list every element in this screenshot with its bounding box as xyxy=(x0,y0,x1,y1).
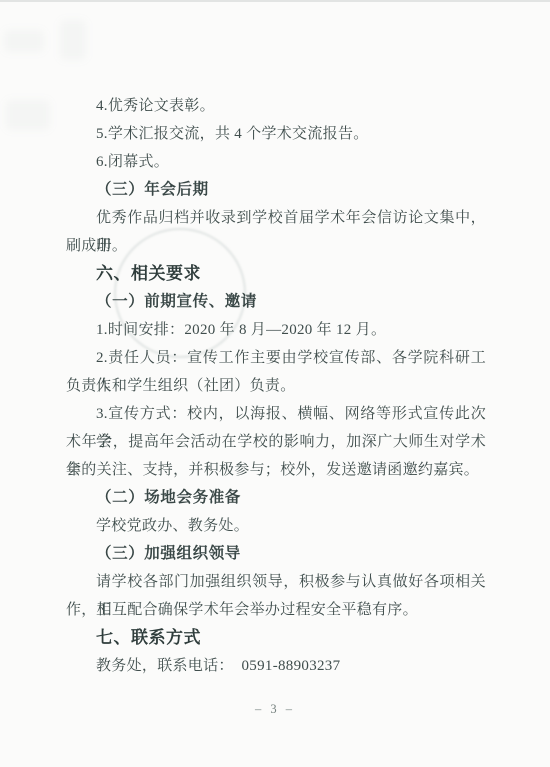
page-number: – 3 – xyxy=(0,702,550,717)
text-line: 5.学术汇报交流，共 4 个学术交流报告。 xyxy=(66,120,486,148)
text-line: 优秀作品归档并收录到学校首届学术年会信访论文集中，印 xyxy=(66,204,486,232)
subsection-heading: （一）前期宣传、邀请 xyxy=(66,288,486,316)
text-line: 会的关注、支持，并积极参与；校外，发送邀请函邀约嘉宾。 xyxy=(66,456,486,484)
text-line: 教务处，联系电话： 0591-88903237 xyxy=(66,652,486,680)
subsection-heading: （二）场地会务准备 xyxy=(66,484,486,512)
text-line: 3.宣传方式：校内，以海报、横幅、网络等形式宣传此次学 xyxy=(66,400,486,428)
text-line: 6.闭幕式。 xyxy=(66,148,486,176)
section-heading: 七、联系方式 xyxy=(66,624,486,652)
text-line: 作，相互配合确保学术年会举办过程安全平稳有序。 xyxy=(66,596,486,624)
text-line: 刷成册。 xyxy=(66,232,486,260)
section-heading: 六、相关要求 xyxy=(66,260,486,288)
subsection-heading: （三）加强组织领导 xyxy=(66,540,486,568)
text-line: 4.优秀论文表彰。 xyxy=(66,92,486,120)
text-line: 负责人和学生组织（社团）负责。 xyxy=(66,372,486,400)
text-line: 2.责任人员：宣传工作主要由学校宣传部、各学院科研工作 xyxy=(66,344,486,372)
document-page: 4.优秀论文表彰。5.学术汇报交流，共 4 个学术交流报告。6.闭幕式。（三）年… xyxy=(0,0,550,767)
scan-bleedthrough-mark xyxy=(4,30,44,52)
scan-bleedthrough-mark xyxy=(60,20,86,60)
text-line: 请学校各部门加强组织领导，积极参与认真做好各项相关工 xyxy=(66,568,486,596)
document-body: 4.优秀论文表彰。5.学术汇报交流，共 4 个学术交流报告。6.闭幕式。（三）年… xyxy=(66,92,486,680)
scan-bleedthrough-mark xyxy=(6,100,50,130)
text-line: 1.时间安排：2020 年 8 月—2020 年 12 月。 xyxy=(66,316,486,344)
text-line: 学校党政办、教务处。 xyxy=(66,512,486,540)
subsection-heading: （三）年会后期 xyxy=(66,176,486,204)
text-line: 术年会，提高年会活动在学校的影响力，加深广大师生对学术年 xyxy=(66,428,486,456)
